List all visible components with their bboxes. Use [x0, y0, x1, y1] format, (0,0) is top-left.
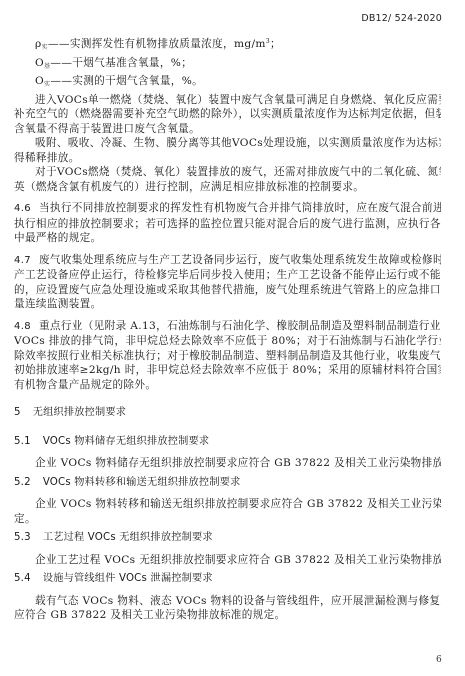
text-line: 重点行业（见附录 A.13，石油炼制与石油化学、橡胶制品制造及塑料制品制造行业除… — [39, 320, 441, 332]
document-code-header: DB12/ 524-2020 — [361, 13, 442, 24]
section-title: 无组织排放控制要求 — [33, 407, 127, 418]
definition-text: ——实测挥发性有机物排放质量浓度，mg/m — [48, 38, 266, 50]
document-body: ρ实——实测挥发性有机物排放质量浓度，mg/m3； O基——干烟气基准含氧量，%… — [14, 35, 441, 623]
subsection-number: 5.4 — [14, 572, 31, 587]
subsection-5-2-heading: 5.2VOCs 物料转移和输送无组织排放控制要求 — [14, 476, 441, 491]
subsection-5-1-heading: 5.1VOCs 物料储存无组织排放控制要求 — [14, 435, 441, 450]
text-line: 对于VOCs燃烧（焚烧、氧化）装置排放的废气，还需对排放废气中的二氧化硫、氮氧化… — [14, 165, 441, 180]
symbol: O — [35, 57, 44, 69]
subsection-number: 5.3 — [14, 531, 31, 546]
page-number: 6 — [436, 655, 442, 665]
definition-text: ——干烟气基准含氧量，%； — [50, 57, 192, 69]
definition-o-measured: O实——实测的干烟气含氧量，%。 — [14, 74, 441, 93]
subsection-5-3-heading: 5.3工艺过程 VOCs 无组织排放控制要求 — [14, 531, 441, 546]
text-line: 进入VOCs单一燃烧（焚烧、氧化）装置中废气含氧量可满足自身燃烧、氧化反应需要，… — [14, 93, 441, 108]
text-line: 初始排放速率≥2kg/h 时，非甲烷总烃去除效率不应低于 80%；采用的原辅材料… — [14, 363, 441, 378]
clause-number: 4.7 — [14, 255, 31, 266]
subsection-5-4-heading: 5.4设施与管线组件 VOCs 泄漏控制要求 — [14, 572, 441, 587]
text-line: 企业工艺过程 VOCs 无组织排放控制要求应符合 GB 37822 及相关工业污… — [14, 553, 441, 568]
paragraph-other-treatment: 吸附、吸收、冷凝、生物、膜分离等其他VOCs处理设施，以实测质量浓度作为达标判定… — [14, 136, 441, 165]
text-line: 产工艺设备应停止运行，待检修完毕后同步投入使用；生产工艺设备不能停止运行或不能及… — [14, 268, 441, 283]
subsection-title: 设施与管线组件 VOCs 泄漏控制要求 — [43, 573, 213, 584]
text-line: VOCs 排放的排气筒，非甲烷总烃去除效率不应低于 80%；对于石油炼制与石油化… — [14, 334, 441, 349]
clause-number: 4.6 — [14, 203, 31, 214]
text-line: 执行相应的排放控制要求；若可选择的监控位置只能对混合后的废气进行监测，应执行各排… — [14, 217, 441, 232]
paragraph-single-combustion: 进入VOCs单一燃烧（焚烧、氧化）装置中废气含氧量可满足自身燃烧、氧化反应需要，… — [14, 93, 441, 137]
text-line: 中最严格的规定。 — [14, 231, 441, 246]
text-line: 量连续监测装置。 — [14, 297, 441, 312]
subsection-title: VOCs 物料储存无组织排放控制要求 — [43, 436, 210, 447]
text-line: 除效率按照行业相关标准执行；对于橡胶制品制造、塑料制品制造及其他行业，收集废气中… — [14, 349, 441, 364]
text-line: 废气收集处理系统应与生产工艺设备同步运行，废气收集处理系统发生故障或检修时，对应… — [39, 254, 441, 266]
text-line: 的，应设置废气应急处理设施或采取其他替代措施，废气处理系统进气管路上的应急排口应… — [14, 283, 441, 298]
text-line: 应符合 GB 37822 及相关工业污染物排放标准的规定。 — [14, 608, 441, 623]
text-line: 英（燃烧含氯有机废气的）进行控制，应满足相应排放标准的控制要求。 — [14, 180, 441, 195]
subsection-title: 工艺过程 VOCs 无组织排放控制要求 — [43, 532, 213, 543]
text-line: 得稀释排放。 — [14, 151, 441, 166]
clause-4-7: 4.7废气收集处理系统应与生产工艺设备同步运行，废气收集处理系统发生故障或检修时… — [14, 253, 441, 312]
clause-4-6: 4.6当执行不同排放控制要求的挥发性有机物废气合并排气筒排放时，应在废气混合前进… — [14, 201, 441, 246]
text-line: 载有气态 VOCs 物料、液态 VOCs 物料的设备与管线组件，应开展泄漏检测与… — [14, 594, 441, 609]
symbol: ρ — [35, 38, 42, 50]
text-line: 吸附、吸收、冷凝、生物、膜分离等其他VOCs处理设施，以实测质量浓度作为达标判定… — [14, 136, 441, 151]
section-number: 5 — [14, 406, 21, 421]
section-5-heading: 5无组织排放控制要求 — [14, 406, 441, 421]
definition-text: ——实测的干烟气含氧量，%。 — [50, 75, 203, 87]
text-line: 当执行不同排放控制要求的挥发性有机物废气合并排气筒排放时，应在废气混合前进行监测… — [39, 202, 441, 214]
subsection-title: VOCs 物料转移和输送无组织排放控制要求 — [43, 477, 241, 488]
definition-o-base: O基——干烟气基准含氧量，%； — [14, 56, 441, 75]
text-line: 补充空气的（燃烧器需要补充空气助燃的除外），以实测质量浓度作为达标判定依据，但装… — [14, 107, 441, 122]
subsection-number: 5.2 — [14, 476, 31, 491]
text-line: 定。 — [14, 512, 441, 527]
clause-number: 4.8 — [14, 321, 31, 332]
symbol: O — [35, 75, 44, 87]
punctuation: ； — [270, 38, 281, 50]
definition-rho: ρ实——实测挥发性有机物排放质量浓度，mg/m3； — [14, 35, 441, 56]
text-line: 有机物含量产品规定的除外。 — [14, 378, 441, 393]
clause-4-8: 4.8重点行业（见附录 A.13，石油炼制与石油化学、橡胶制品制造及塑料制品制造… — [14, 319, 441, 393]
subsection-number: 5.1 — [14, 435, 31, 450]
text-line: 含氧量不得高于装置进口废气含氧量。 — [14, 122, 441, 137]
text-line: 企业 VOCs 物料储存无组织排放控制要求应符合 GB 37822 及相关工业污… — [14, 456, 441, 471]
paragraph-combustion-exhaust: 对于VOCs燃烧（焚烧、氧化）装置排放的废气，还需对排放废气中的二氧化硫、氮氧化… — [14, 165, 441, 194]
text-line: 企业 VOCs 物料转移和输送无组织排放控制要求应符合 GB 37822 及相关… — [14, 497, 441, 512]
